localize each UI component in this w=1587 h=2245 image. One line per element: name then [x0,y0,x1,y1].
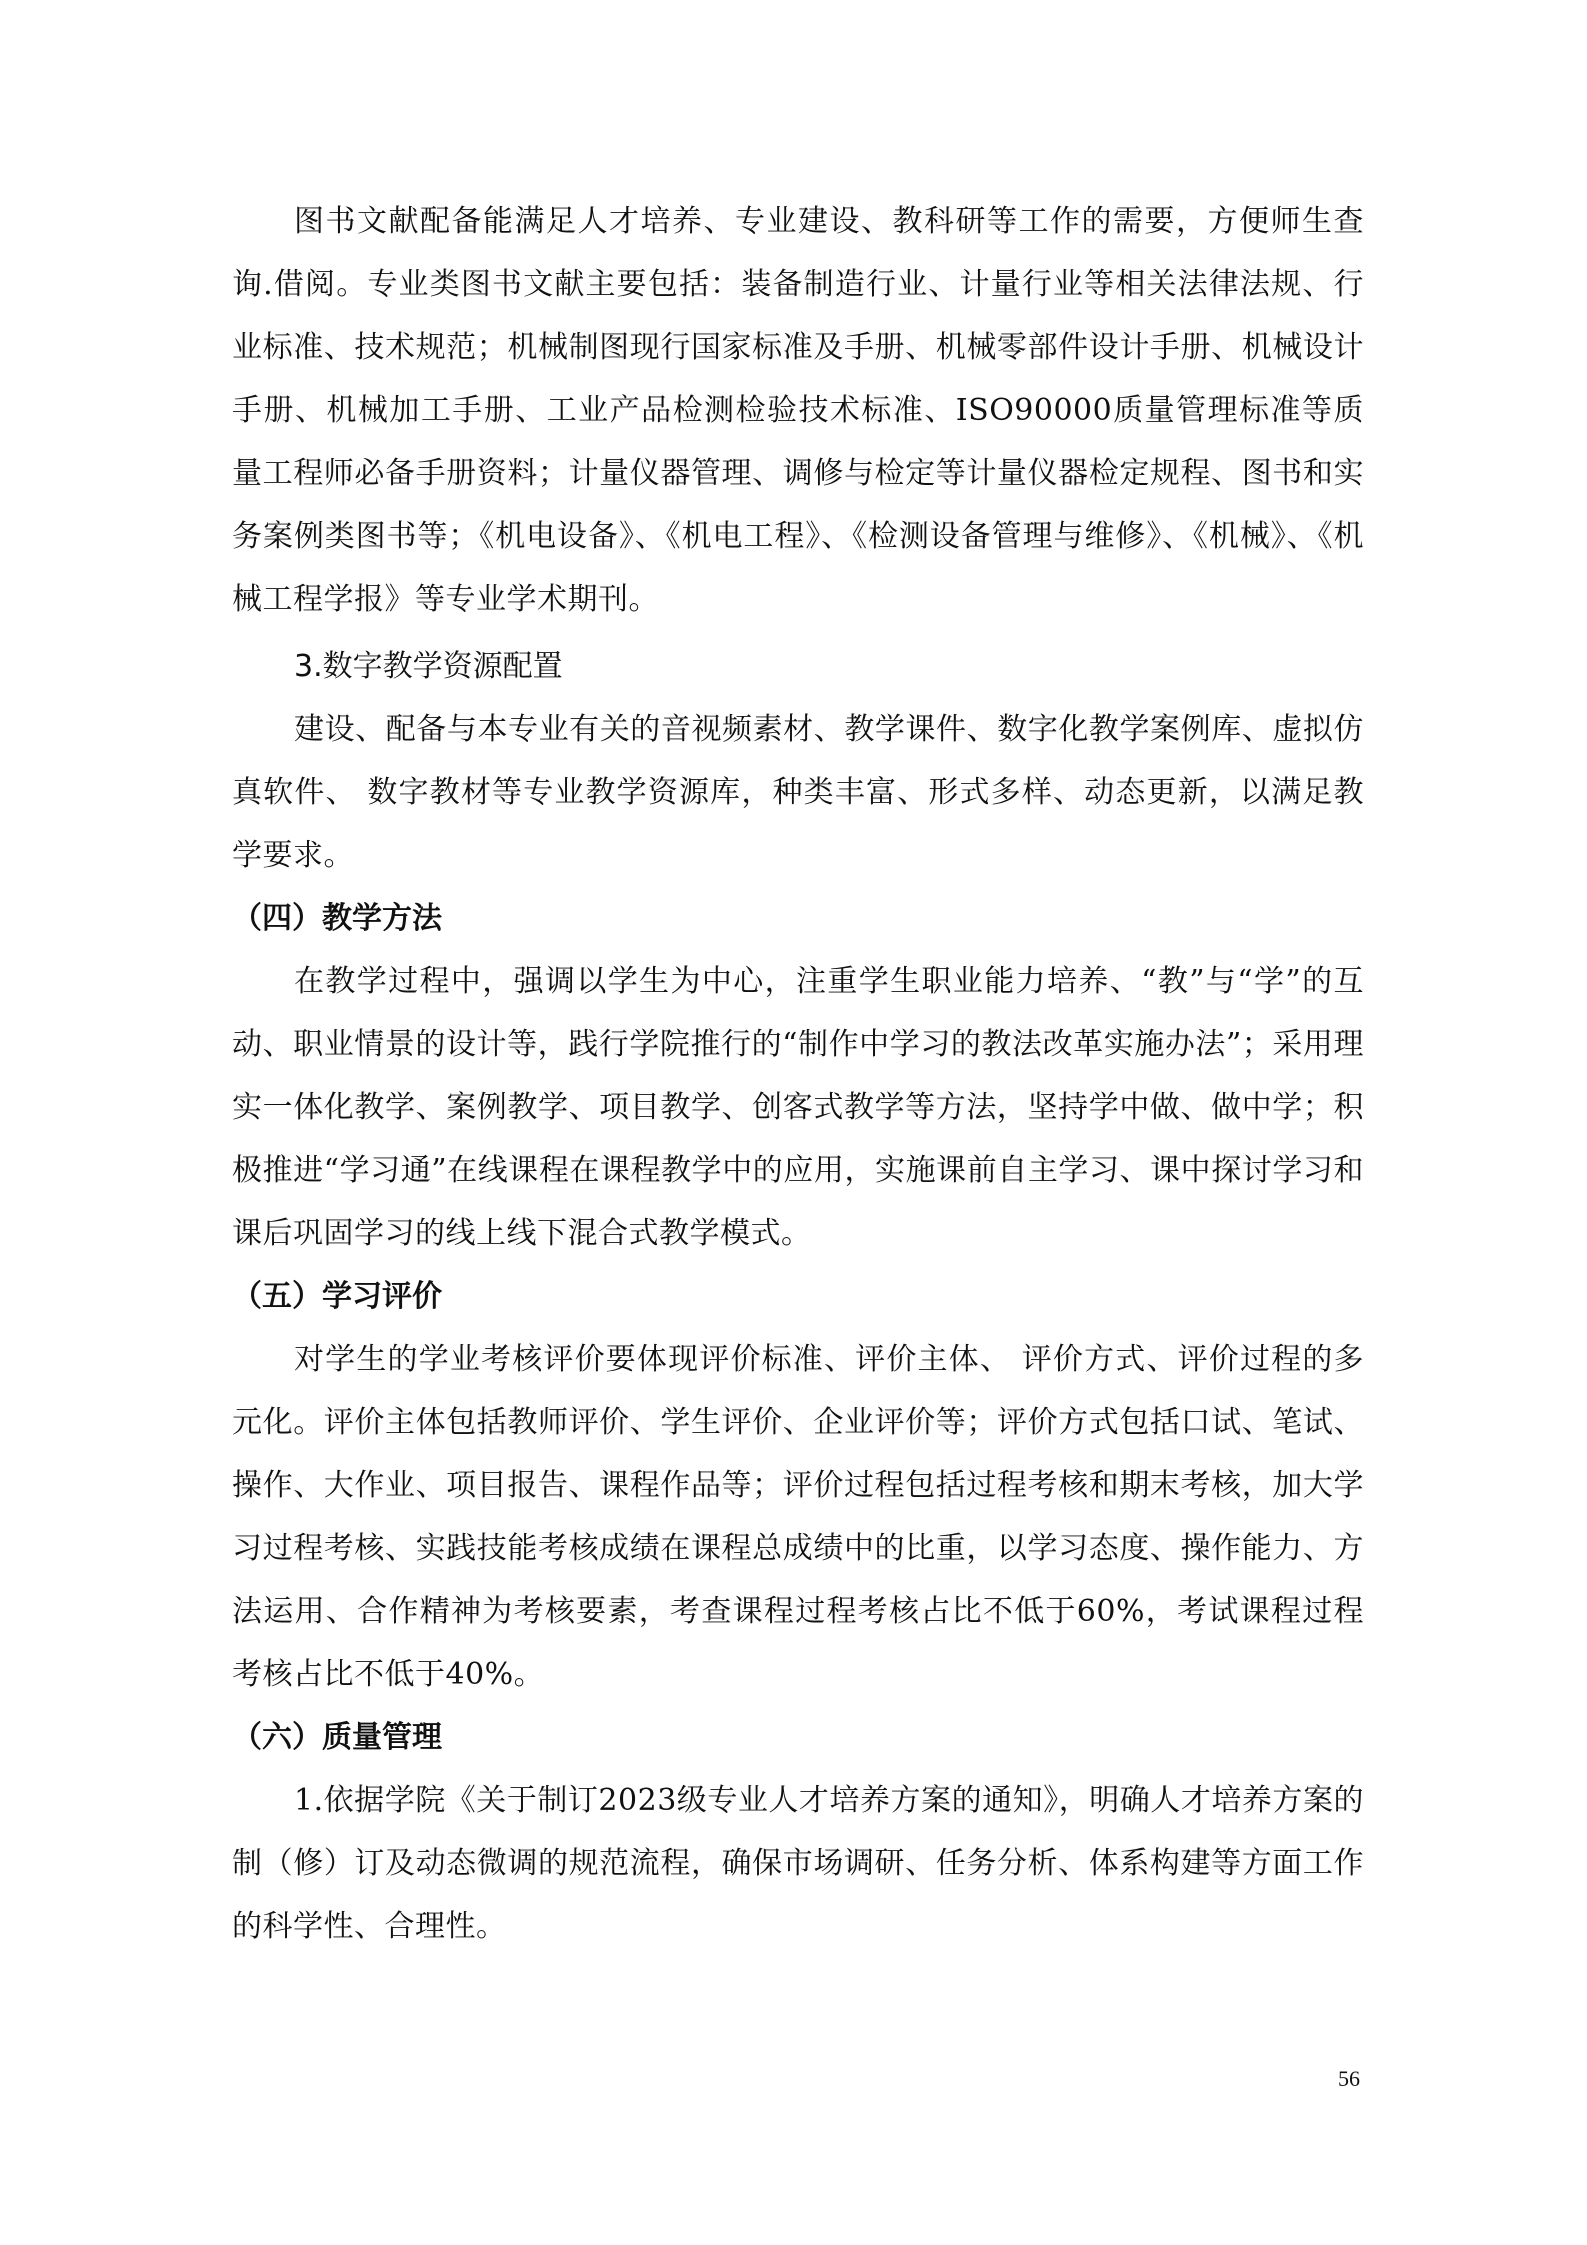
paragraph-library-resources: 图书文献配备能满足人才培养、专业建设、教科研等工作的需要，方便师生查询.借阅。专… [232,190,1364,631]
paragraph-quality-management-item1: 1.依据学院《关于制订2023级专业人才培养方案的通知》，明确人才培养方案的制（… [232,1769,1364,1958]
section-heading-quality-management: （六）质量管理 [232,1706,1364,1769]
subheading-digital-resources: 3.数字教学资源配置 [232,635,1364,698]
page-number: 56 [1338,2066,1360,2092]
paragraph-digital-resources: 建设、配备与本专业有关的音视频素材、教学课件、数字化教学案例库、虚拟仿真软件、 … [232,698,1364,887]
page-content: 图书文献配备能满足人才培养、专业建设、教科研等工作的需要，方便师生查询.借阅。专… [232,190,1364,1958]
section-heading-teaching-methods: （四）教学方法 [232,887,1364,950]
paragraph-teaching-methods: 在教学过程中，强调以学生为中心，注重学生职业能力培养、“教”与“学”的互动、职业… [232,950,1364,1265]
paragraph-learning-evaluation: 对学生的学业考核评价要体现评价标准、评价主体、 评价方式、评价过程的多元化。评价… [232,1328,1364,1706]
section-heading-learning-evaluation: （五）学习评价 [232,1265,1364,1328]
document-page: 图书文献配备能满足人才培养、专业建设、教科研等工作的需要，方便师生查询.借阅。专… [0,0,1587,2245]
